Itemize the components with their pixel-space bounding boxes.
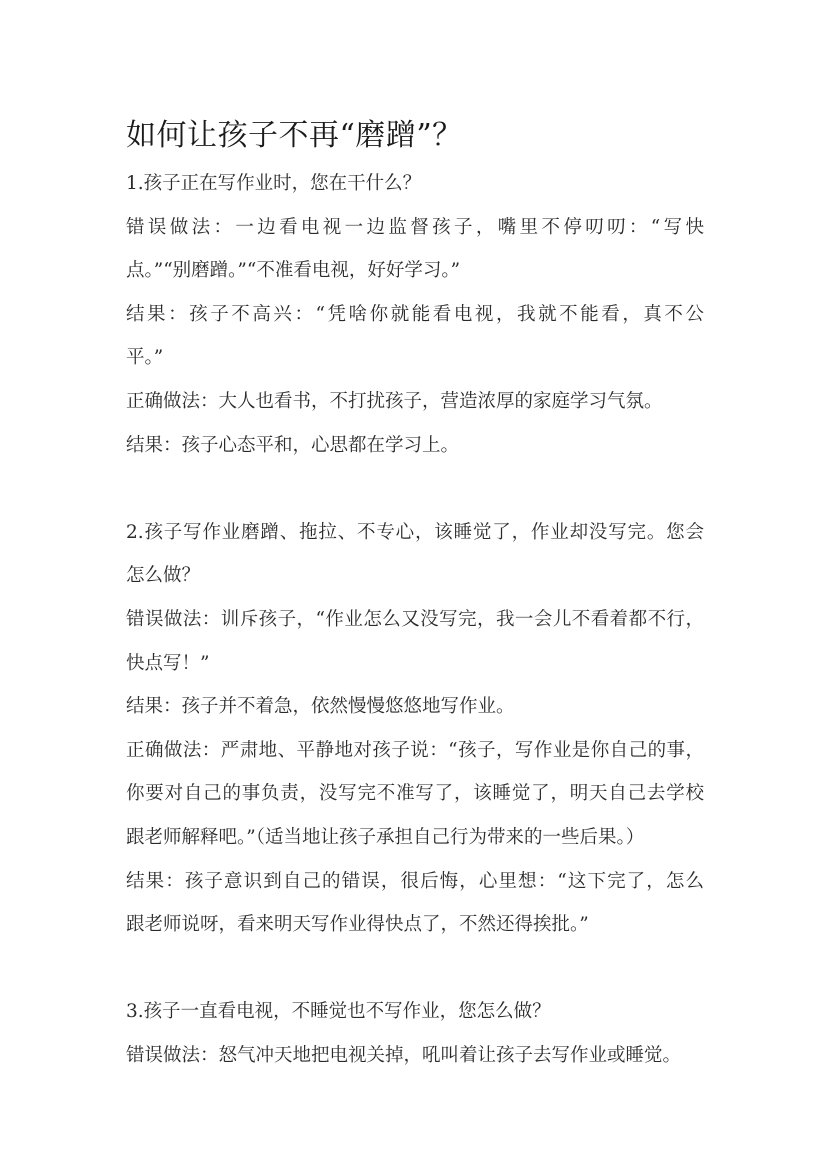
document-title: 如何让孩子不再“磨蹭”？ (126, 112, 704, 160)
result-1b: 结果：孩子心态平和，心思都在学习上。 (126, 424, 704, 468)
question-2-line-2: 怎么做？ (126, 554, 704, 598)
result-2b-line-1: 结果：孩子意识到自己的错误，很后悔，心里想：“这下完了，怎么 (126, 860, 704, 904)
wrong-approach-2-line-1: 错误做法：训斥孩子，“作业怎么又没写完，我一会儿不看着都不行， (126, 598, 704, 642)
correct-approach-2-line-3: 跟老师解释吧。”（适当地让孩子承担自己行为带来的一些后果。） (126, 816, 704, 860)
result-1a-line-2: 平。” (126, 336, 704, 380)
paragraph-gap (126, 467, 704, 511)
section-1: 1.孩子正在写作业时，您在干什么？ 错误做法：一边看电视一边监督孩子，嘴里不停叨… (126, 162, 704, 467)
document-page: 如何让孩子不再“磨蹭”？ 1.孩子正在写作业时，您在干什么？ 错误做法：一边看电… (126, 112, 704, 1077)
wrong-approach-1-line-1: 错误做法：一边看电视一边监督孩子，嘴里不停叨叨：“写快 (126, 206, 704, 250)
question-3: 3.孩子一直看电视，不睡觉也不写作业，您怎么做？ (126, 990, 704, 1034)
result-2a: 结果：孩子并不着急，依然慢慢悠悠地写作业。 (126, 685, 704, 729)
wrong-approach-1-line-2: 点。”“别磨蹭。”“不准看电视，好好学习。” (126, 249, 704, 293)
correct-approach-1: 正确做法：大人也看书，不打扰孩子，营造浓厚的家庭学习气氛。 (126, 380, 704, 424)
result-1a-line-1: 结果：孩子不高兴：“凭啥你就能看电视，我就不能看，真不公 (126, 293, 704, 337)
section-3: 3.孩子一直看电视，不睡觉也不写作业，您怎么做？ 错误做法：怒气冲天地把电视关掉… (126, 990, 704, 1077)
wrong-approach-3: 错误做法：怒气冲天地把电视关掉，吼叫着让孩子去写作业或睡觉。 (126, 1034, 704, 1078)
question-1: 1.孩子正在写作业时，您在干什么？ (126, 162, 704, 206)
question-2-line-1: 2.孩子写作业磨蹭、拖拉、不专心，该睡觉了，作业却没写完。您会 (126, 511, 704, 555)
wrong-approach-2-line-2: 快点写！” (126, 642, 704, 686)
correct-approach-2-line-2: 你要对自己的事负责，没写完不准写了，该睡觉了，明天自己去学校 (126, 772, 704, 816)
section-2: 2.孩子写作业磨蹭、拖拉、不专心，该睡觉了，作业却没写完。您会 怎么做？ 错误做… (126, 511, 704, 947)
correct-approach-2-line-1: 正确做法：严肃地、平静地对孩子说：“孩子，写作业是你自己的事， (126, 729, 704, 773)
result-2b-line-2: 跟老师说呀，看来明天写作业得快点了，不然还得挨批。” (126, 903, 704, 947)
paragraph-gap (126, 947, 704, 991)
